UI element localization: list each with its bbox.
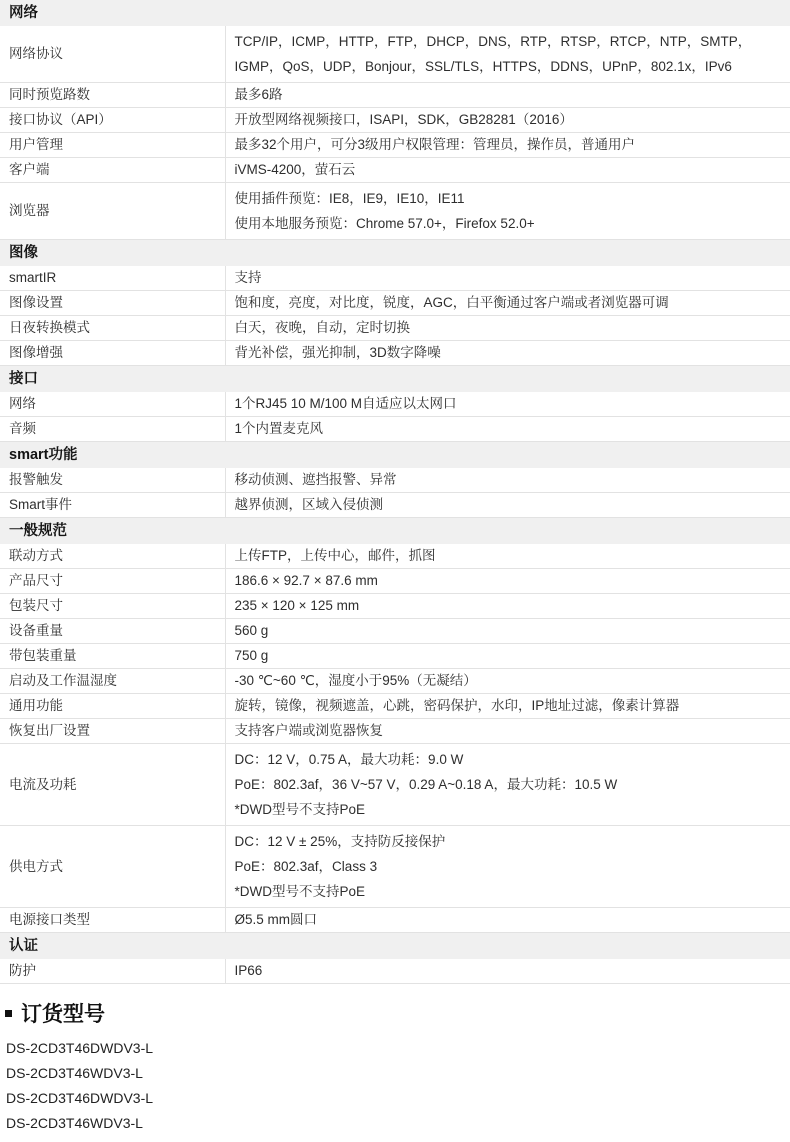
order-model: DS-2CD3T46DWDV3-L (5, 1036, 790, 1061)
spec-label: 电流及功耗 (0, 744, 225, 826)
spec-value: 750 g (225, 644, 790, 669)
spec-row: 恢复出厂设置支持客户端或浏览器恢复 (0, 719, 790, 744)
spec-label: 客户端 (0, 158, 225, 183)
spec-value-text: 最多32个用户，可分3级用户权限管理：管理员，操作员，普通用户 (235, 136, 782, 154)
spec-row: 产品尺寸186.6 × 92.7 × 87.6 mm (0, 569, 790, 594)
spec-value-line: PoE：802.3af，36 V~57 V，0.29 A~0.18 A，最大功耗… (235, 772, 782, 797)
spec-row: 设备重量560 g (0, 619, 790, 644)
spec-row: 通用功能旋转，镜像，视频遮盖，心跳，密码保护，水印，IP地址过滤，像素计算器 (0, 694, 790, 719)
spec-value-text: 1个内置麦克风 (235, 420, 782, 438)
spec-row: 电源接口类型Ø5.5 mm圆口 (0, 908, 790, 933)
spec-label: 报警触发 (0, 468, 225, 493)
section-title: 网络 (0, 0, 790, 26)
section-header-row: 图像 (0, 240, 790, 267)
spec-label: 接口协议（API） (0, 108, 225, 133)
spec-row: 音频1个内置麦克风 (0, 417, 790, 442)
spec-value: 支持客户端或浏览器恢复 (225, 719, 790, 744)
spec-label: 产品尺寸 (0, 569, 225, 594)
spec-row: 客户端iVMS-4200，萤石云 (0, 158, 790, 183)
spec-value: 白天，夜晚，自动，定时切换 (225, 316, 790, 341)
spec-value-text: 235 × 120 × 125 mm (235, 597, 782, 615)
spec-label: 同时预览路数 (0, 83, 225, 108)
section-title: 认证 (0, 933, 790, 960)
section-title: 一般规范 (0, 518, 790, 545)
spec-value: TCP/IP，ICMP，HTTP，FTP，DHCP，DNS，RTP，RTSP，R… (225, 26, 790, 83)
spec-row: 供电方式DC：12 V ± 25%，支持防反接保护PoE：802.3af，Cla… (0, 826, 790, 908)
spec-value-text: 旋转，镜像，视频遮盖，心跳，密码保护，水印，IP地址过滤，像素计算器 (235, 697, 782, 715)
spec-label: Smart事件 (0, 493, 225, 518)
spec-row: 日夜转换模式白天，夜晚，自动，定时切换 (0, 316, 790, 341)
spec-label: 设备重量 (0, 619, 225, 644)
spec-value: 饱和度，亮度，对比度，锐度，AGC，白平衡通过客户端或者浏览器可调 (225, 291, 790, 316)
spec-value-line: DC：12 V ± 25%，支持防反接保护 (235, 829, 782, 854)
spec-row: 电流及功耗DC：12 V，0.75 A，最大功耗：9.0 WPoE：802.3a… (0, 744, 790, 826)
spec-row: 带包装重量750 g (0, 644, 790, 669)
spec-value: 越界侦测，区域入侵侦测 (225, 493, 790, 518)
spec-value-text: iVMS-4200，萤石云 (235, 161, 782, 179)
spec-value-text: TCP/IP，ICMP，HTTP，FTP，DHCP，DNS，RTP，RTSP，R… (235, 29, 782, 79)
spec-label: 联动方式 (0, 544, 225, 569)
spec-label: smartIR (0, 266, 225, 291)
spec-value-text: 移动侦测、遮挡报警、异常 (235, 471, 782, 489)
spec-value-text: 白天，夜晚，自动，定时切换 (235, 319, 782, 337)
spec-value: 1个RJ45 10 M/100 M自适应以太网口 (225, 392, 790, 417)
spec-row: Smart事件越界侦测，区域入侵侦测 (0, 493, 790, 518)
spec-value-line: *DWD型号不支持PoE (235, 797, 782, 822)
spec-value: 186.6 × 92.7 × 87.6 mm (225, 569, 790, 594)
spec-row: 接口协议（API）开放型网络视频接口，ISAPI，SDK，GB28281（201… (0, 108, 790, 133)
spec-value-text: 开放型网络视频接口，ISAPI，SDK，GB28281（2016） (235, 111, 782, 129)
spec-value-text: IP66 (235, 962, 782, 980)
spec-label: 音频 (0, 417, 225, 442)
spec-value-text: 560 g (235, 622, 782, 640)
spec-row: 网络协议TCP/IP，ICMP，HTTP，FTP，DHCP，DNS，RTP，RT… (0, 26, 790, 83)
spec-label: 电源接口类型 (0, 908, 225, 933)
spec-value: 支持 (225, 266, 790, 291)
spec-value-line: 使用本地服务预览：Chrome 57.0+，Firefox 52.0+ (235, 211, 782, 236)
spec-label: 防护 (0, 959, 225, 984)
spec-value-text: -30 ℃~60 ℃，湿度小于95%（无凝结） (235, 672, 782, 690)
spec-value: -30 ℃~60 ℃，湿度小于95%（无凝结） (225, 669, 790, 694)
order-model-list: DS-2CD3T46DWDV3-LDS-2CD3T46WDV3-LDS-2CD3… (5, 1036, 790, 1136)
spec-row: 图像设置饱和度，亮度，对比度，锐度，AGC，白平衡通过客户端或者浏览器可调 (0, 291, 790, 316)
spec-label: 网络协议 (0, 26, 225, 83)
spec-value: 上传FTP，上传中心，邮件，抓图 (225, 544, 790, 569)
spec-label: 恢复出厂设置 (0, 719, 225, 744)
spec-label: 图像增强 (0, 341, 225, 366)
spec-value-text: 支持客户端或浏览器恢复 (235, 722, 782, 740)
spec-row: 报警触发移动侦测、遮挡报警、异常 (0, 468, 790, 493)
spec-value-text: 186.6 × 92.7 × 87.6 mm (235, 572, 782, 590)
spec-row: 网络1个RJ45 10 M/100 M自适应以太网口 (0, 392, 790, 417)
order-model: DS-2CD3T46WDV3-L (5, 1061, 790, 1086)
bullet-square-icon (5, 1010, 12, 1017)
spec-row: 防护IP66 (0, 959, 790, 984)
section-header-row: 认证 (0, 933, 790, 960)
spec-value: 最多6路 (225, 83, 790, 108)
spec-value: 1个内置麦克风 (225, 417, 790, 442)
section-header-row: 接口 (0, 366, 790, 393)
spec-value-text: 750 g (235, 647, 782, 665)
spec-value-text: 支持 (235, 269, 782, 287)
spec-row: 包装尺寸235 × 120 × 125 mm (0, 594, 790, 619)
spec-value-text: 最多6路 (235, 86, 782, 104)
spec-row: 浏览器使用插件预览：IE8，IE9，IE10，IE11使用本地服务预览：Chro… (0, 183, 790, 240)
spec-value: IP66 (225, 959, 790, 984)
spec-table: 网络网络协议TCP/IP，ICMP，HTTP，FTP，DHCP，DNS，RTP，… (0, 0, 790, 984)
section-header-row: smart功能 (0, 442, 790, 469)
spec-table-body: 网络网络协议TCP/IP，ICMP，HTTP，FTP，DHCP，DNS，RTP，… (0, 0, 790, 984)
spec-value: DC：12 V，0.75 A，最大功耗：9.0 WPoE：802.3af，36 … (225, 744, 790, 826)
spec-value-text: 饱和度，亮度，对比度，锐度，AGC，白平衡通过客户端或者浏览器可调 (235, 294, 782, 312)
spec-value: DC：12 V ± 25%，支持防反接保护PoE：802.3af，Class 3… (225, 826, 790, 908)
spec-row: 同时预览路数最多6路 (0, 83, 790, 108)
spec-label: 日夜转换模式 (0, 316, 225, 341)
spec-value-text: 背光补偿，强光抑制，3D数字降噪 (235, 344, 782, 362)
spec-label: 带包装重量 (0, 644, 225, 669)
section-title: 图像 (0, 240, 790, 267)
spec-value-text: 1个RJ45 10 M/100 M自适应以太网口 (235, 395, 782, 413)
spec-value: 背光补偿，强光抑制，3D数字降噪 (225, 341, 790, 366)
order-heading: 订货型号 (5, 998, 790, 1028)
spec-value-line: 使用插件预览：IE8，IE9，IE10，IE11 (235, 186, 782, 211)
spec-label: 网络 (0, 392, 225, 417)
order-model: DS-2CD3T46WDV3-L (5, 1111, 790, 1136)
spec-value-line: PoE：802.3af，Class 3 (235, 854, 782, 879)
order-heading-text: 订货型号 (21, 998, 105, 1028)
spec-row: 图像增强背光补偿，强光抑制，3D数字降噪 (0, 341, 790, 366)
spec-value-text: 上传FTP，上传中心，邮件，抓图 (235, 547, 782, 565)
section-title: smart功能 (0, 442, 790, 469)
section-title: 接口 (0, 366, 790, 393)
spec-row: smartIR支持 (0, 266, 790, 291)
spec-value: 使用插件预览：IE8，IE9，IE10，IE11使用本地服务预览：Chrome … (225, 183, 790, 240)
spec-row: 用户管理最多32个用户，可分3级用户权限管理：管理员，操作员，普通用户 (0, 133, 790, 158)
section-header-row: 网络 (0, 0, 790, 26)
spec-label: 通用功能 (0, 694, 225, 719)
spec-value: 560 g (225, 619, 790, 644)
spec-value-text: Ø5.5 mm圆口 (235, 911, 782, 929)
spec-value-text: 越界侦测，区域入侵侦测 (235, 496, 782, 514)
spec-value: 旋转，镜像，视频遮盖，心跳，密码保护，水印，IP地址过滤，像素计算器 (225, 694, 790, 719)
spec-value: 235 × 120 × 125 mm (225, 594, 790, 619)
spec-label: 启动及工作温湿度 (0, 669, 225, 694)
spec-value: Ø5.5 mm圆口 (225, 908, 790, 933)
spec-row: 联动方式上传FTP，上传中心，邮件，抓图 (0, 544, 790, 569)
spec-label: 图像设置 (0, 291, 225, 316)
spec-label: 供电方式 (0, 826, 225, 908)
spec-value: 最多32个用户，可分3级用户权限管理：管理员，操作员，普通用户 (225, 133, 790, 158)
spec-row: 启动及工作温湿度-30 ℃~60 ℃，湿度小于95%（无凝结） (0, 669, 790, 694)
spec-value: iVMS-4200，萤石云 (225, 158, 790, 183)
spec-label: 浏览器 (0, 183, 225, 240)
spec-value-line: *DWD型号不支持PoE (235, 879, 782, 904)
order-model: DS-2CD3T46DWDV3-L (5, 1086, 790, 1111)
section-header-row: 一般规范 (0, 518, 790, 545)
spec-value: 移动侦测、遮挡报警、异常 (225, 468, 790, 493)
spec-label: 包装尺寸 (0, 594, 225, 619)
spec-value: 开放型网络视频接口，ISAPI，SDK，GB28281（2016） (225, 108, 790, 133)
spec-value-line: DC：12 V，0.75 A，最大功耗：9.0 W (235, 747, 782, 772)
spec-label: 用户管理 (0, 133, 225, 158)
order-section: 订货型号 DS-2CD3T46DWDV3-LDS-2CD3T46WDV3-LDS… (0, 984, 790, 1142)
